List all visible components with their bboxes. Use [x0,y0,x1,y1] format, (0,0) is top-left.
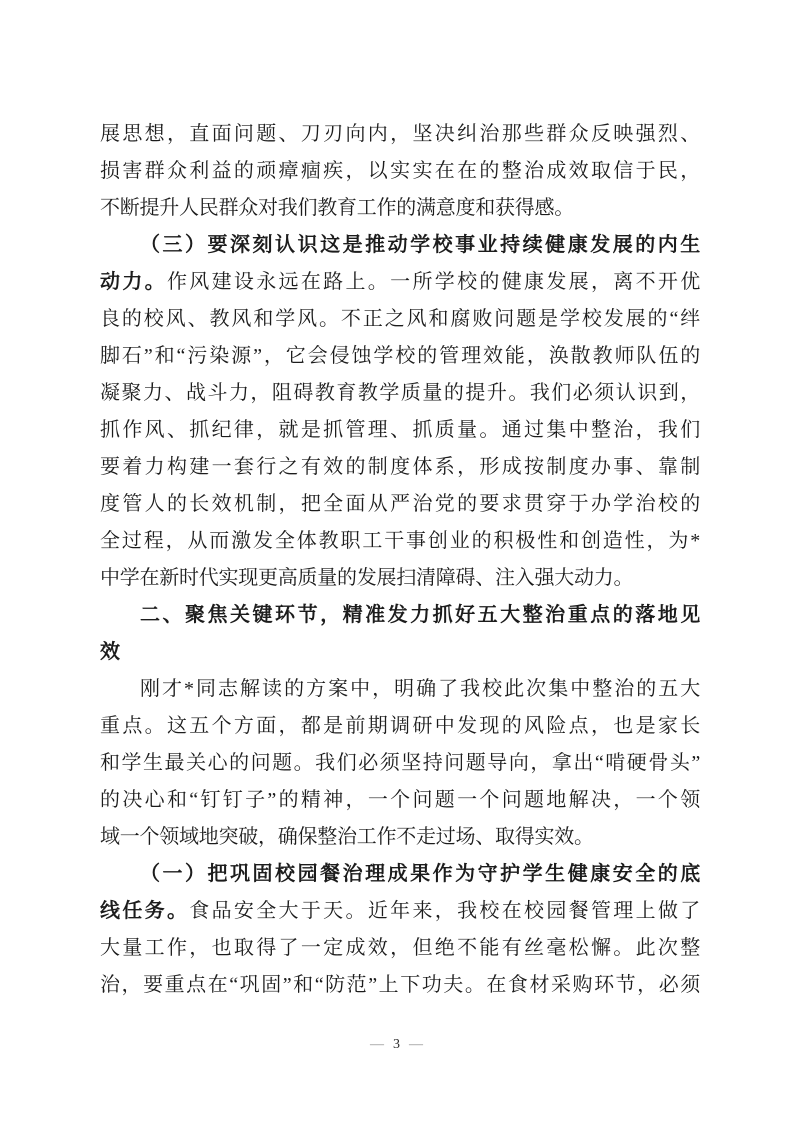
bold-text-run: （三）要深刻认识这是推动学校事业持续健康发展的内生 [140,234,700,256]
page-footer: —3— [0,1036,793,1054]
text-line: 二、聚焦关键环节，精准发力抓好五大整治重点的落地见 [100,597,700,634]
heading-section-two: 二、聚焦关键环节，精准发力抓好五大整治重点的落地见效 [100,597,700,671]
text-line: 的决心和“钉钉子”的精神，一个问题一个问题地解决，一个领 [100,782,700,819]
text-line: 要着力构建一套行之有效的制度体系，形成按制度办事、靠制 [100,449,700,486]
text-line: 抓作风、抓纪律，就是抓管理、抓质量。通过集中整治，我们 [100,412,700,449]
text-line: 全过程，从而激发全体教职工干事创业的积极性和创造性，为* [100,523,700,560]
text-run: 凝聚力、战斗力，阻碍教育教学质量的提升。我们必须认识到， [100,382,700,404]
text-line: 和学生最关心的问题。我们必须坚持问题导向，拿出“啃硬骨头” [100,745,700,782]
text-run: 展思想，直面问题、刀刃向内，坚决纠治那些群众反映强烈、 [100,123,700,145]
footer-dash-left: — [370,1037,384,1052]
text-line: 展思想，直面问题、刀刃向内，坚决纠治那些群众反映强烈、 [100,116,700,153]
bold-text-run: 二、聚焦关键环节，精准发力抓好五大整治重点的落地见 [140,604,700,626]
text-line: （三）要深刻认识这是推动学校事业持续健康发展的内生 [100,227,700,264]
page-number: 3 [393,1037,400,1052]
text-run: 食品安全大于天。近年来，我校在校园餐管理上做了 [189,900,700,922]
text-line: 良的校风、教风和学风。不正之风和腐败问题是学校发展的“绊 [100,301,700,338]
text-line: 损害群众利益的顽瘴痼疾，以实实在在的整治成效取信于民， [100,153,700,190]
text-line: 度管人的长效机制，把全面从严治党的要求贯穿于办学治校的 [100,486,700,523]
text-line: 脚石”和“污染源”，它会侵蚀学校的管理效能，涣散教师队伍的 [100,338,700,375]
text-line: 大量工作，也取得了一定成效，但绝不能有丝毫松懈。此次整 [100,930,700,967]
text-line: 不断提升人民群众对我们教育工作的满意度和获得感。 [100,190,700,227]
text-run: 治，要重点在“巩固”和“防范”上下功夫。在食材采购环节，必须 [100,974,700,996]
text-run: 和学生最关心的问题。我们必须坚持问题导向，拿出“啃硬骨头” [100,752,700,774]
paragraph-continuation: 展思想，直面问题、刀刃向内，坚决纠治那些群众反映强烈、损害群众利益的顽瘴痼疾，以… [100,116,700,227]
paragraph-five-priorities: 刚才*同志解读的方案中，明确了我校此次集中整治的五大重点。这五个方面，都是前期调… [100,671,700,856]
text-line: 域一个领域地突破，确保整治工作不走过场、取得实效。 [100,819,700,856]
text-line: 效 [100,634,700,671]
text-line: 动力。作风建设永远在路上。一所学校的健康发展，离不开优 [100,264,700,301]
text-run: 作风建设永远在路上。一所学校的健康发展，离不开优 [167,271,700,293]
text-run: 良的校风、教风和学风。不正之风和腐败问题是学校发展的“绊 [100,308,700,330]
paragraph-section-three: （三）要深刻认识这是推动学校事业持续健康发展的内生动力。作风建设永远在路上。一所… [100,227,700,597]
text-line: 线任务。食品安全大于天。近年来，我校在校园餐管理上做了 [100,893,700,930]
document-body: 展思想，直面问题、刀刃向内，坚决纠治那些群众反映强烈、损害群众利益的顽瘴痼疾，以… [100,116,700,1004]
text-run: 中学在新时代实现更高质量的发展扫清障碍、注入强大动力。 [100,567,633,589]
text-run: 刚才*同志解读的方案中，明确了我校此次集中整治的五大 [140,678,700,700]
text-line: 治，要重点在“巩固”和“防范”上下功夫。在食材采购环节，必须 [100,967,700,1004]
text-line: 中学在新时代实现更高质量的发展扫清障碍、注入强大动力。 [100,560,700,597]
paragraph-item-one: （一）把巩固校园餐治理成果作为守护学生健康安全的底线任务。食品安全大于天。近年来… [100,856,700,1004]
text-run: 重点。这五个方面，都是前期调研中发现的风险点，也是家长 [100,715,700,737]
bold-text-run: 动力。 [100,271,167,293]
bold-text-run: 效 [100,641,120,663]
text-line: 凝聚力、战斗力，阻碍教育教学质量的提升。我们必须认识到， [100,375,700,412]
text-line: （一）把巩固校园餐治理成果作为守护学生健康安全的底 [100,856,700,893]
text-run: 不断提升人民群众对我们教育工作的满意度和获得感。 [100,197,574,219]
text-run: 脚石”和“污染源”，它会侵蚀学校的管理效能，涣散教师队伍的 [100,345,700,367]
text-run: 抓作风、抓纪律，就是抓管理、抓质量。通过集中整治，我们 [100,419,700,441]
text-run: 全过程，从而激发全体教职工干事创业的积极性和创造性，为* [100,530,700,552]
document-page: 展思想，直面问题、刀刃向内，坚决纠治那些群众反映强烈、损害群众利益的顽瘴痼疾，以… [0,0,793,1122]
text-run: 大量工作，也取得了一定成效，但绝不能有丝毫松懈。此次整 [100,937,700,959]
footer-dash-right: — [409,1037,423,1052]
text-line: 刚才*同志解读的方案中，明确了我校此次集中整治的五大 [100,671,700,708]
text-run: 域一个领域地突破，确保整治工作不走过场、取得实效。 [100,826,594,848]
text-run: 度管人的长效机制，把全面从严治党的要求贯穿于办学治校的 [100,493,700,515]
bold-text-run: 线任务。 [100,900,189,922]
bold-text-run: （一）把巩固校园餐治理成果作为守护学生健康安全的底 [140,863,700,885]
text-run: 要着力构建一套行之有效的制度体系，形成按制度办事、靠制 [100,456,700,478]
text-run: 的决心和“钉钉子”的精神，一个问题一个问题地解决，一个领 [100,789,700,811]
text-run: 损害群众利益的顽瘴痼疾，以实实在在的整治成效取信于民， [100,160,700,182]
text-line: 重点。这五个方面，都是前期调研中发现的风险点，也是家长 [100,708,700,745]
